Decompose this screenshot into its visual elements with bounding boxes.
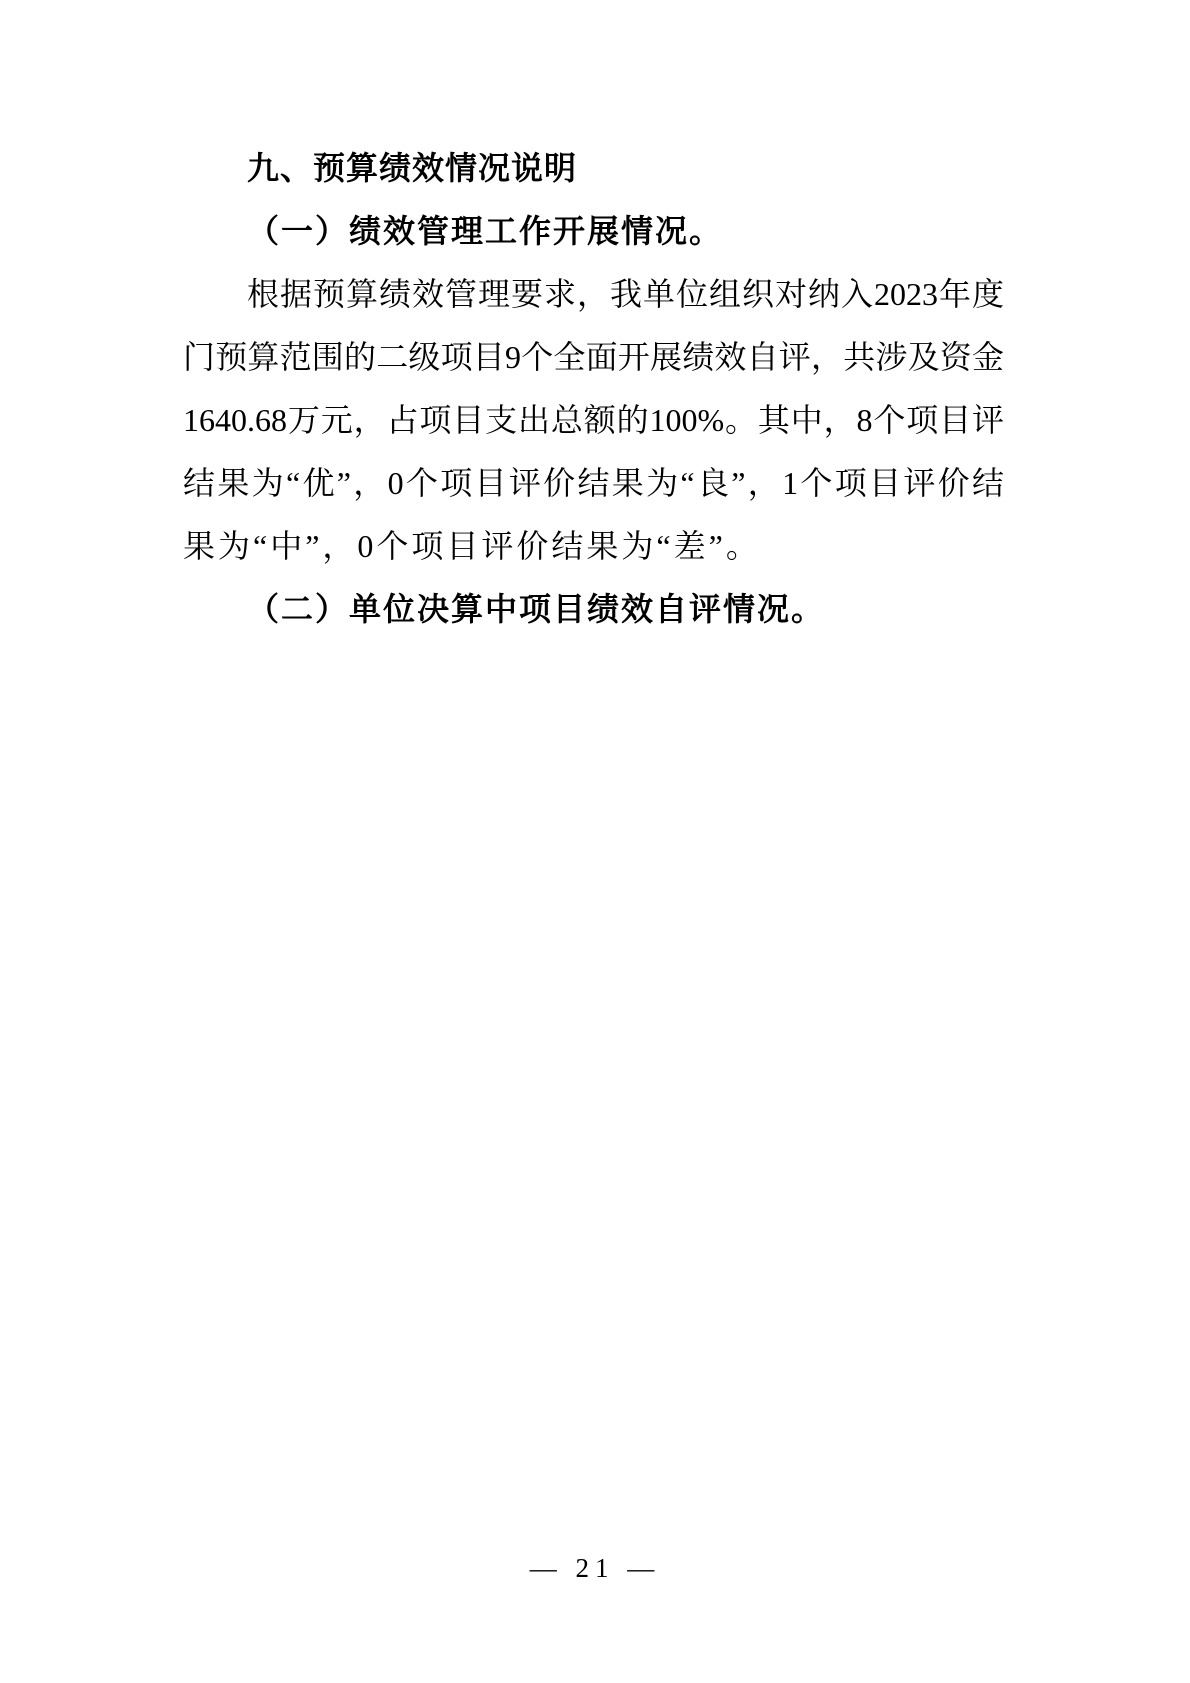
paragraph-line-2: 门预算范围的二级项目9个全面开展绩效自评，共涉及资金 bbox=[183, 326, 1004, 389]
paragraph-line-3: 1640.68万元，占项目支出总额的100%。其中，8个项目评价 bbox=[183, 389, 1004, 452]
document-page: 九、预算绩效情况说明 （一）绩效管理工作开展情况。 根据预算绩效管理要求，我单位… bbox=[0, 0, 1190, 1683]
paragraph-line-5: 果为“中”，0个项目评价结果为“差”。 bbox=[183, 515, 1004, 578]
subsection-heading-2: （二）单位决算中项目绩效自评情况。 bbox=[183, 578, 1004, 641]
paragraph-line-4: 结果为“优”，0个项目评价结果为“良”，1个项目评价结 bbox=[183, 452, 1004, 515]
subsection-heading-1: （一）绩效管理工作开展情况。 bbox=[183, 200, 1004, 263]
section-heading: 九、预算绩效情况说明 bbox=[183, 137, 1004, 200]
document-content: 九、预算绩效情况说明 （一）绩效管理工作开展情况。 根据预算绩效管理要求，我单位… bbox=[183, 137, 1004, 641]
paragraph-line-1: 根据预算绩效管理要求，我单位组织对纳入2023年度部 bbox=[183, 263, 1004, 326]
page-number: — 21 — bbox=[0, 1553, 1190, 1584]
